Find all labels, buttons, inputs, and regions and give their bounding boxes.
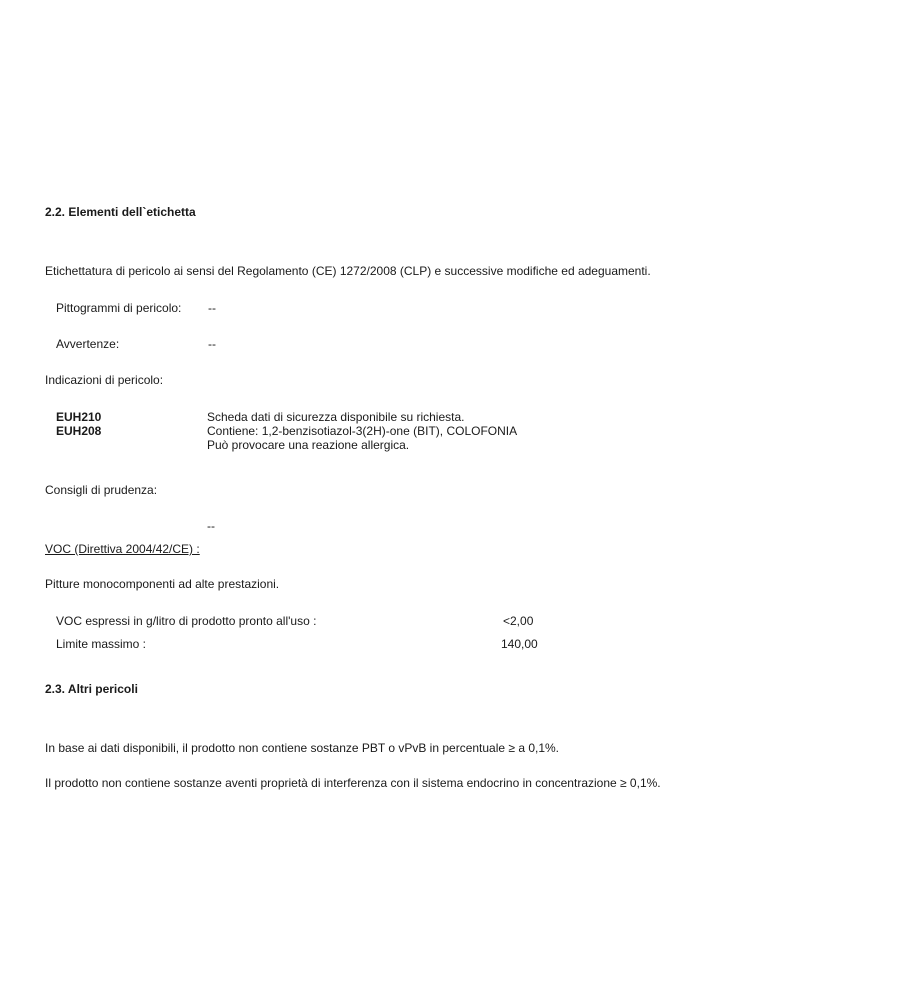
voc-heading: VOC (Direttiva 2004/42/CE) : [45,542,200,556]
section-2-3-heading: 2.3. Altri pericoli [45,682,138,696]
hazard-text: Contiene: 1,2-benzisotiazol-3(2H)-one (B… [207,424,517,438]
hazard-code: EUH208 [56,424,101,438]
other-hazards-paragraph: In base ai dati disponibili, il prodotto… [45,741,559,755]
hazard-code: EUH210 [56,410,101,424]
labelling-intro: Etichettatura di pericolo ai sensi del R… [45,264,651,278]
precautionary-label: Consigli di prudenza: [45,483,157,497]
other-hazards-paragraph: Il prodotto non contiene sostanze aventi… [45,776,661,790]
voc-row-value: 140,00 [501,637,538,651]
precautionary-value: -- [207,519,215,533]
pictograms-value: -- [208,301,216,315]
pictograms-label: Pittogrammi di pericolo: [56,301,181,315]
hazard-text: Può provocare una reazione allergica. [207,438,409,452]
signal-word-label: Avvertenze: [56,337,119,351]
hazard-statements-label: Indicazioni di pericolo: [45,373,163,387]
hazard-text: Scheda dati di sicurezza disponibile su … [207,410,464,424]
signal-word-value: -- [208,337,216,351]
voc-row-label: VOC espressi in g/litro di prodotto pron… [56,614,316,628]
section-2-2-heading: 2.2. Elementi dell`etichetta [45,205,196,219]
voc-row-value: <2,00 [503,614,533,628]
voc-category: Pitture monocomponenti ad alte prestazio… [45,577,279,591]
voc-row-label: Limite massimo : [56,637,146,651]
